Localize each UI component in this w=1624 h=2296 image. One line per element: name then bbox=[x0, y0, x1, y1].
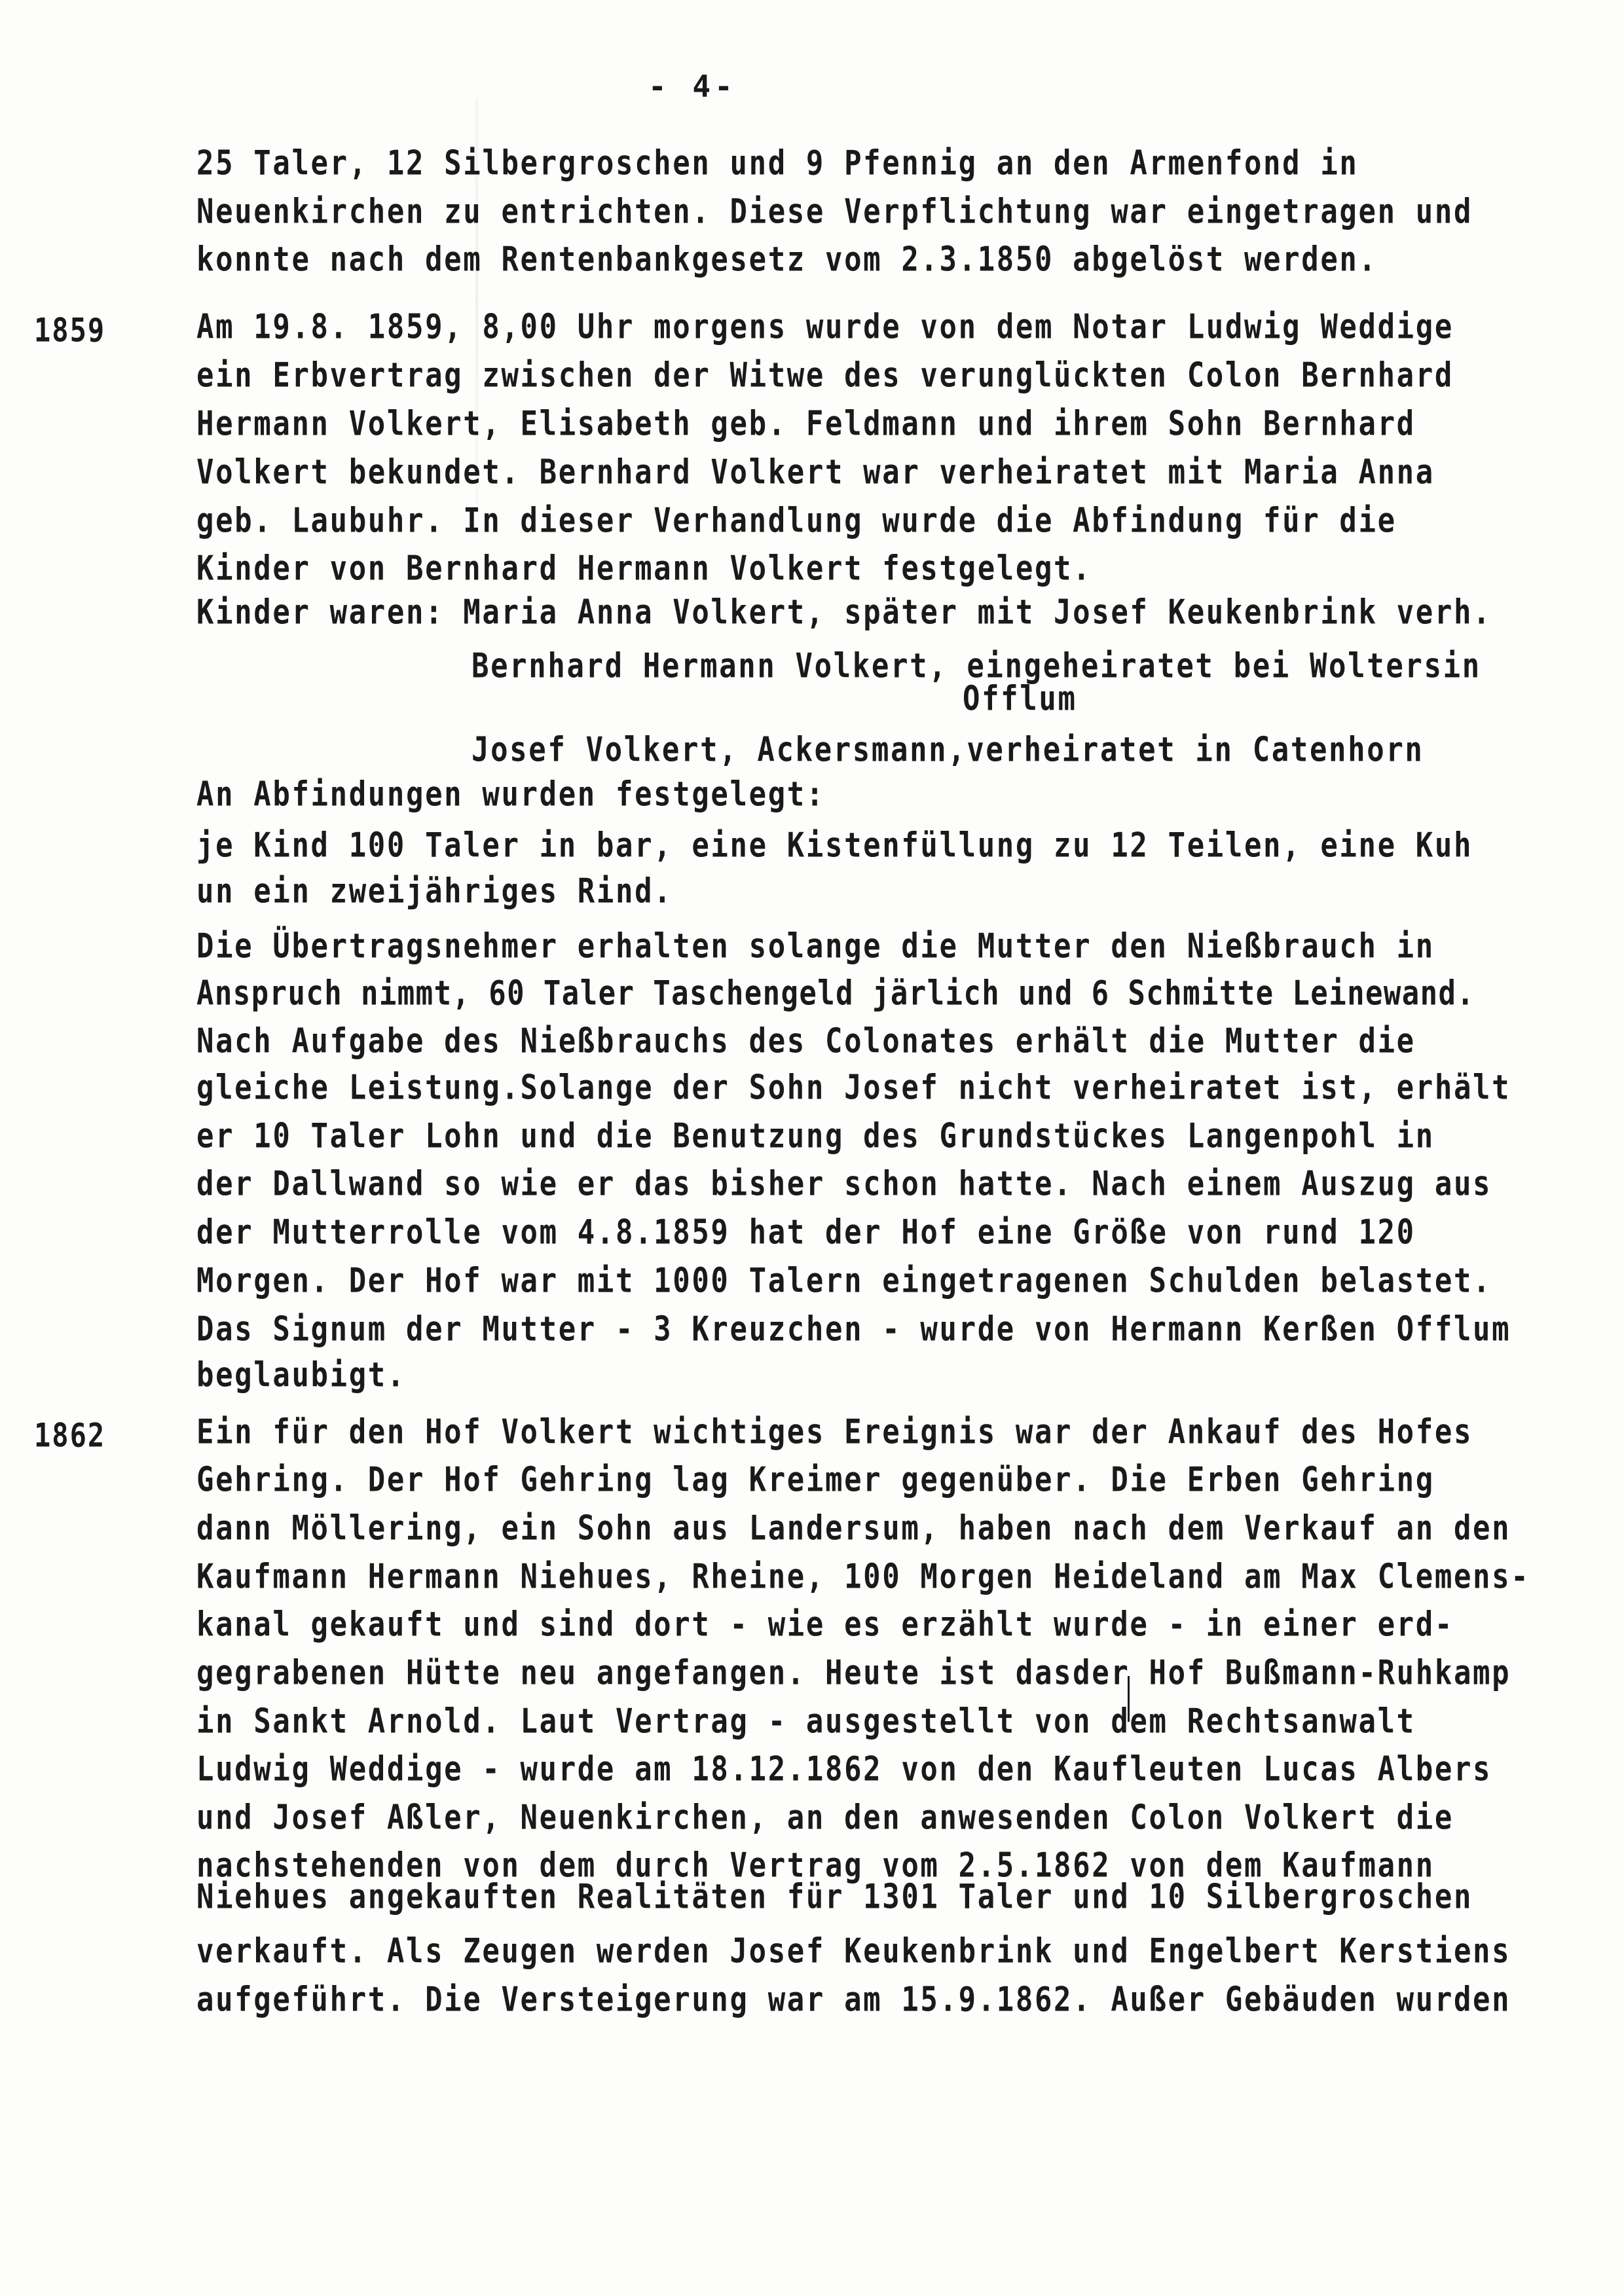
text-line: ein Erbvertrag zwischen der Witwe des ve… bbox=[196, 354, 1454, 397]
text-line: Morgen. Der Hof war mit 1000 Talern eing… bbox=[196, 1260, 1492, 1303]
text-line: 25 Taler, 12 Silbergroschen und 9 Pfenni… bbox=[196, 142, 1359, 185]
text-line: aufgeführt. Die Versteigerung war am 15.… bbox=[196, 1978, 1511, 2022]
text-line: Das Signum der Mutter - 3 Kreuzchen - wu… bbox=[196, 1308, 1511, 1351]
text-line: je Kind 100 Taler in bar, eine Kistenfül… bbox=[196, 824, 1473, 867]
text-line: Kaufmann Hermann Niehues, Rheine, 100 Mo… bbox=[196, 1556, 1530, 1599]
text-line: kanal gekauft und sind dort - wie es erz… bbox=[196, 1603, 1454, 1647]
text-line: der Mutterrolle vom 4.8.1859 hat der Hof… bbox=[196, 1211, 1416, 1254]
text-line: Hermann Volkert, Elisabeth geb. Feldmann… bbox=[196, 403, 1416, 446]
text-line: Kinder von Bernhard Hermann Volkert fest… bbox=[196, 547, 1092, 591]
text-line: Offlum bbox=[963, 678, 1077, 721]
text-line: und Josef Aßler, Neuenkirchen, an den an… bbox=[196, 1796, 1454, 1840]
text-line: verkauft. Als Zeugen werden Josef Keuken… bbox=[196, 1930, 1511, 1973]
text-line: An Abfindungen wurden festgelegt: bbox=[196, 773, 825, 816]
text-line: Volkert bekundet. Bernhard Volkert war v… bbox=[196, 451, 1435, 494]
text-line: in Sankt Arnold. Laut Vertrag - ausgeste… bbox=[196, 1700, 1416, 1743]
text-line: Ein für den Hof Volkert wichtiges Ereign… bbox=[196, 1411, 1473, 1454]
text-line: beglaubigt. bbox=[196, 1354, 406, 1397]
margin-year-1859: 1859 bbox=[34, 312, 105, 350]
text-line: gleiche Leistung.Solange der Sohn Josef … bbox=[196, 1066, 1511, 1110]
text-line: Am 19.8. 1859, 8,00 Uhr morgens wurde vo… bbox=[196, 306, 1454, 349]
text-line: Josef Volkert, Ackersmann,verheiratet in… bbox=[471, 729, 1424, 772]
text-line: Nach Aufgabe des Nießbrauchs des Colonat… bbox=[196, 1020, 1416, 1063]
text-line: konnte nach dem Rentenbankgesetz vom 2.3… bbox=[196, 238, 1378, 282]
text-line: un ein zweijähriges Rind. bbox=[196, 870, 673, 913]
margin-year-1862: 1862 bbox=[34, 1417, 105, 1455]
text-line: Niehues angekauften Realitäten für 1301 … bbox=[196, 1876, 1473, 1919]
text-line: er 10 Taler Lohn und die Benutzung des G… bbox=[196, 1115, 1435, 1158]
text-line: Die Übertragsnehmer erhalten solange die… bbox=[196, 925, 1435, 968]
document-page: - 4- 25 Taler, 12 Silbergroschen und 9 P… bbox=[0, 0, 1624, 2296]
text-line: Anspruch nimmt, 60 Taler Taschengeld jär… bbox=[196, 972, 1475, 1015]
page-number: - 4- bbox=[648, 69, 737, 104]
text-line: gegrabenen Hütte neu angefangen. Heute i… bbox=[196, 1652, 1511, 1695]
text-line: Gehring. Der Hof Gehring lag Kreimer geg… bbox=[196, 1459, 1435, 1502]
text-line: Kinder waren: Maria Anna Volkert, später… bbox=[196, 591, 1492, 634]
text-line: Ludwig Weddige - wurde am 18.12.1862 von… bbox=[196, 1748, 1492, 1791]
text-line: dann Möllering, ein Sohn aus Landersum, … bbox=[196, 1507, 1511, 1550]
text-line: Neuenkirchen zu entrichten. Diese Verpfl… bbox=[196, 191, 1473, 234]
text-line: der Dallwand so wie er das bisher schon … bbox=[196, 1163, 1492, 1206]
text-line: geb. Laubuhr. In dieser Verhandlung wurd… bbox=[196, 500, 1397, 543]
